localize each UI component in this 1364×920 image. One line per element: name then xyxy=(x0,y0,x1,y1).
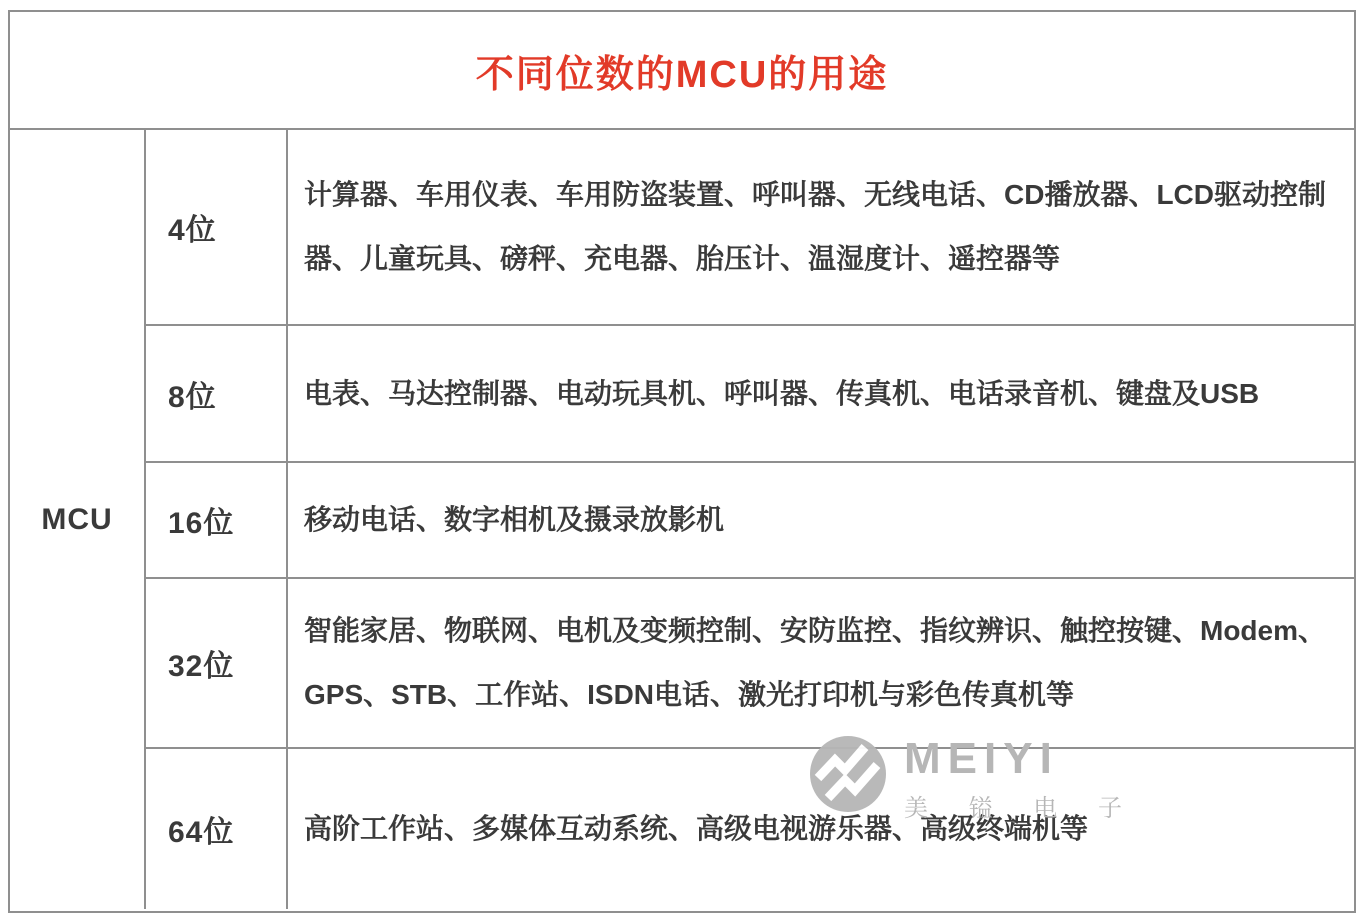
bits-cell-8: 8位 xyxy=(145,325,287,462)
bits-cell-64: 64位 xyxy=(145,748,287,909)
title-bar: 不同位数的MCU的用途 xyxy=(10,12,1354,130)
uses-cell-8: 电表、马达控制器、电动玩具机、呼叫器、传真机、电话录音机、键盘及USB xyxy=(287,325,1354,462)
uses-cell-32: 智能家居、物联网、电机及变频控制、安防监控、指纹辨识、触控按键、Modem、GP… xyxy=(287,578,1354,748)
bits-cell-16: 16位 xyxy=(145,462,287,578)
table-row: 64位 高阶工作站、多媒体互动系统、高级电视游乐器、高级终端机等 xyxy=(10,748,1354,909)
table-row: 32位 智能家居、物联网、电机及变频控制、安防监控、指纹辨识、触控按键、Mode… xyxy=(10,578,1354,748)
mcu-group-cell: MCU xyxy=(10,130,145,909)
table-row: 16位 移动电话、数字相机及摄录放影机 xyxy=(10,462,1354,578)
table-row: MCU 4位 计算器、车用仪表、车用防盗装置、呼叫器、无线电话、CD播放器、LC… xyxy=(10,130,1354,325)
uses-cell-16: 移动电话、数字相机及摄录放影机 xyxy=(287,462,1354,578)
mcu-usage-table: MCU 4位 计算器、车用仪表、车用防盗装置、呼叫器、无线电话、CD播放器、LC… xyxy=(10,130,1354,909)
bits-cell-32: 32位 xyxy=(145,578,287,748)
bits-cell-4: 4位 xyxy=(145,130,287,325)
page-title: 不同位数的MCU的用途 xyxy=(476,43,889,98)
page-frame: 不同位数的MCU的用途 MCU 4位 计算器、车用仪表、车用防盗装置、呼叫器、无… xyxy=(8,10,1356,913)
table-row: 8位 电表、马达控制器、电动玩具机、呼叫器、传真机、电话录音机、键盘及USB xyxy=(10,325,1354,462)
uses-cell-4: 计算器、车用仪表、车用防盗装置、呼叫器、无线电话、CD播放器、LCD驱动控制器、… xyxy=(287,130,1354,325)
uses-cell-64: 高阶工作站、多媒体互动系统、高级电视游乐器、高级终端机等 xyxy=(287,748,1354,909)
